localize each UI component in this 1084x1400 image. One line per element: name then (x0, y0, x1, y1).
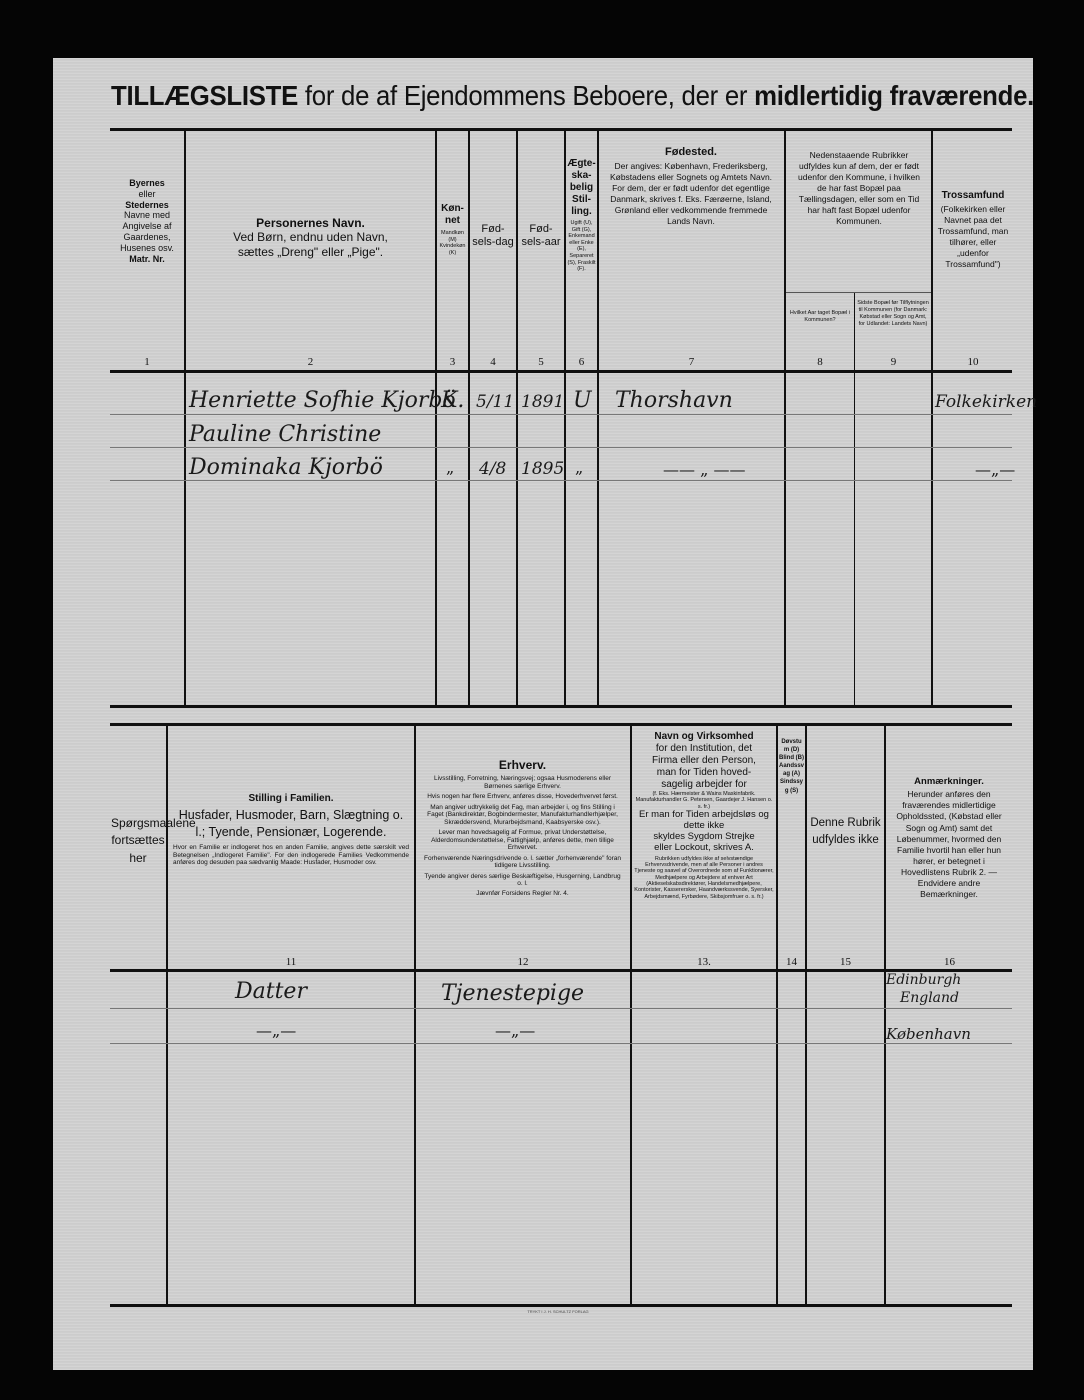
birth-year-value: 1895 (521, 459, 564, 479)
col13-header: Navn og Virksomhed for den Institution, … (634, 731, 774, 900)
header-text: Forhenværende Næringsdrivende o. l. sætt… (421, 855, 624, 870)
birthplace-value: —— „ —— (663, 460, 745, 479)
col7-header: Fødested. Der angives: København, Freder… (605, 146, 777, 227)
col11-header: Stilling i Familien. Husfader, Husmoder,… (173, 793, 409, 867)
header-rule (110, 370, 1012, 373)
title-bold-end: midlertidig fraværende. (754, 80, 1034, 111)
divider (884, 725, 886, 1305)
header-text: eller Lockout, skrives A. (634, 843, 774, 854)
row-guide (110, 414, 1012, 415)
col2-header: Personernes Navn. Ved Børn, endnu uden N… (186, 216, 435, 259)
table-bottom-rule (110, 1304, 1012, 1307)
header-text: Livsstilling, Forretning, Næringsvej; og… (421, 775, 624, 790)
header-text: eller (110, 189, 184, 200)
divider (597, 130, 599, 705)
header-text: Man angiver udtrykkelig det Fag, man arb… (421, 804, 624, 826)
birthplace-value: Thorshavn (615, 388, 733, 413)
divider (854, 293, 855, 705)
column-number: 14 (778, 956, 805, 968)
birth-year-value: 1891 (521, 392, 564, 412)
col9-header: Sidste Bopæl før Tilflytningen til Kommu… (856, 300, 930, 328)
religion-value: Folkekirken (935, 392, 1037, 412)
header-text: sagelig arbejder for (634, 779, 774, 791)
person-name: Pauline Christine (189, 422, 381, 447)
marital-status-value: U (573, 388, 592, 413)
sex-value: K. (441, 388, 464, 413)
header-text: man for Tiden hoved- (634, 767, 774, 779)
header-text: Ved Børn, endnu uden Navn, (186, 230, 435, 244)
header-text: Angivelse af (110, 221, 184, 232)
header-text: Gaardenes, (110, 232, 184, 243)
header-text: Stedernes (110, 200, 184, 211)
remarks-value: Edinburgh (886, 972, 961, 988)
column-number: 3 (437, 356, 468, 368)
header-text: Ugift (U), Gift (G), Enkemand eller Enke… (566, 220, 597, 273)
col3-header: Køn-net Mandkøn (M) Kvindekøn (K) (437, 203, 468, 256)
divider (166, 725, 168, 1305)
row-guide (110, 480, 1012, 481)
header-text: Lever man hovedsagelig af Formue, privat… (421, 829, 624, 851)
header-text: Firma eller den Person, (634, 755, 774, 767)
row-guide (110, 1008, 1012, 1009)
title-bold: TILLÆGSLISTE (111, 80, 298, 111)
remarks-value: England (900, 990, 959, 1006)
column-number: 5 (518, 356, 564, 368)
column-number: 1 (110, 356, 184, 368)
header-text: Tyende angiver deres særlige Beskæftigel… (421, 873, 624, 888)
header-text: sættes „Dreng" eller „Pige". (186, 245, 435, 259)
header-text: Der angives: København, Frederiksberg, K… (605, 161, 777, 227)
col1-header: Byernes eller Stedernes Navne med Angive… (110, 178, 184, 264)
divider (630, 725, 632, 1305)
column-number: 12 (416, 956, 630, 968)
table-bottom-rule (110, 705, 1012, 708)
header-text: Matr. Nr. (110, 254, 184, 265)
header-text: Jævnfør Forsidens Regler Nr. 4. (421, 890, 624, 897)
column-number: 10 (933, 356, 1013, 368)
column-number: 2 (186, 356, 435, 368)
person-name: Henriette Sofhie Kjorbö (189, 388, 456, 413)
col15-header: Denne Rubrik udfyldes ikke (809, 815, 882, 848)
divider (468, 130, 470, 705)
header-text: (Folkekirken eller Navnet paa det Trossa… (933, 204, 1013, 270)
divider (784, 130, 786, 705)
header-text: Anmærkninger. (889, 776, 1009, 787)
header-text: Herunder anføres den fraværendes midlert… (889, 789, 1009, 899)
header-text: Mandkøn (M) Kvindekøn (K) (437, 230, 468, 256)
family-position-value: —„— (256, 1021, 296, 1040)
col5-header: Fød-sels-aar (518, 223, 564, 249)
header-text: Navne med (110, 210, 184, 221)
header-rule (110, 969, 1012, 972)
header-text: Rubrikken udfyldes ikke af selvstændige … (634, 856, 774, 900)
column-number: 15 (807, 956, 884, 968)
header-text: Navn og Virksomhed (634, 731, 774, 743)
header-text: Erhverv. (421, 758, 624, 772)
printer-note: TRYKT I J. H. SCHULTZ FORLAG (493, 1309, 623, 1314)
header-text: Stilling i Familien. (173, 793, 409, 805)
title-regular: for de af Ejendommens Beboere, der er (298, 80, 754, 111)
divider (805, 725, 807, 1305)
header-text: Ægte-ska-belig Stil-ling. (566, 158, 597, 218)
header-text: for den Institution, det (634, 743, 774, 755)
divider (414, 725, 416, 1305)
header-text: Hvis nogen har flere Erhverv, anføres di… (421, 793, 624, 800)
census-sheet: TILLÆGSLISTE for de af Ejendommens Beboe… (53, 58, 1033, 1370)
row-guide (110, 1043, 1012, 1044)
col8-header: Hvilket Aar taget Bopæl i Kommunen? (787, 310, 853, 324)
header-text: Er man for Tiden arbejdsløs og dette ikk… (634, 810, 774, 832)
occupation-value: —„— (495, 1021, 535, 1040)
header-text: Personernes Navn. (186, 216, 435, 230)
birth-day-value: 5/11 (476, 392, 514, 412)
col6-header: Ægte-ska-belig Stil-ling. Ugift (U), Gif… (566, 158, 597, 273)
column-number: 16 (886, 956, 1013, 968)
header-text: Hvor en Familie er indlogeret hos en and… (173, 844, 409, 867)
column-number: 4 (470, 356, 516, 368)
header-text: Byernes (110, 178, 184, 189)
religion-value: —„— (975, 460, 1015, 479)
birth-day-value: 4/8 (479, 459, 506, 479)
column-number: 6 (566, 356, 597, 368)
col16-header: Anmærkninger. Herunder anføres den fravæ… (889, 776, 1009, 900)
row-guide (110, 447, 1012, 448)
col12-header: Erhverv. Livsstilling, Forretning, Nærin… (421, 758, 624, 898)
header-text: Trossamfund (933, 190, 1013, 202)
document-title: TILLÆGSLISTE for de af Ejendommens Beboe… (111, 80, 944, 112)
divider (516, 130, 518, 705)
divider (786, 292, 931, 293)
col4-header: Fød-sels-dag (470, 223, 516, 249)
continued-here-label: Spørgsmaalene fortsættes her (111, 815, 165, 867)
column-number: 9 (856, 356, 931, 368)
remarks-value: København (886, 1025, 971, 1043)
column-number: 11 (168, 956, 414, 968)
column-number: 13. (632, 956, 776, 968)
occupation-value: Tjenestepige (441, 981, 584, 1006)
marital-status-value: „ (575, 458, 583, 477)
col8-9-group-header: Nedenstaaende Rubrikker udfyldes kun af … (793, 150, 925, 227)
header-text: Husenes osv. (110, 243, 184, 254)
table-top-rule (110, 723, 1012, 726)
family-position-value: Datter (235, 979, 307, 1004)
header-text: Køn-net (437, 203, 468, 227)
col10-header: Trossamfund (Folkekirken eller Navnet pa… (933, 190, 1013, 270)
column-number: 8 (786, 356, 854, 368)
column-number: 7 (599, 356, 784, 368)
header-text: Husfader, Husmoder, Barn, Slægtning o. l… (173, 807, 409, 841)
header-text: Fødested. (605, 146, 777, 159)
col14-header: Døvstum (D) Blind (B) Aandssvag (A) Sind… (779, 738, 804, 795)
header-text: (f. Eks. Hærmeister & Wains Maskinfabrik… (634, 791, 774, 810)
divider (776, 725, 778, 1305)
title-rule (110, 128, 1012, 131)
person-name: Dominaka Kjorbö (189, 455, 383, 480)
sex-value: „ (446, 458, 454, 477)
